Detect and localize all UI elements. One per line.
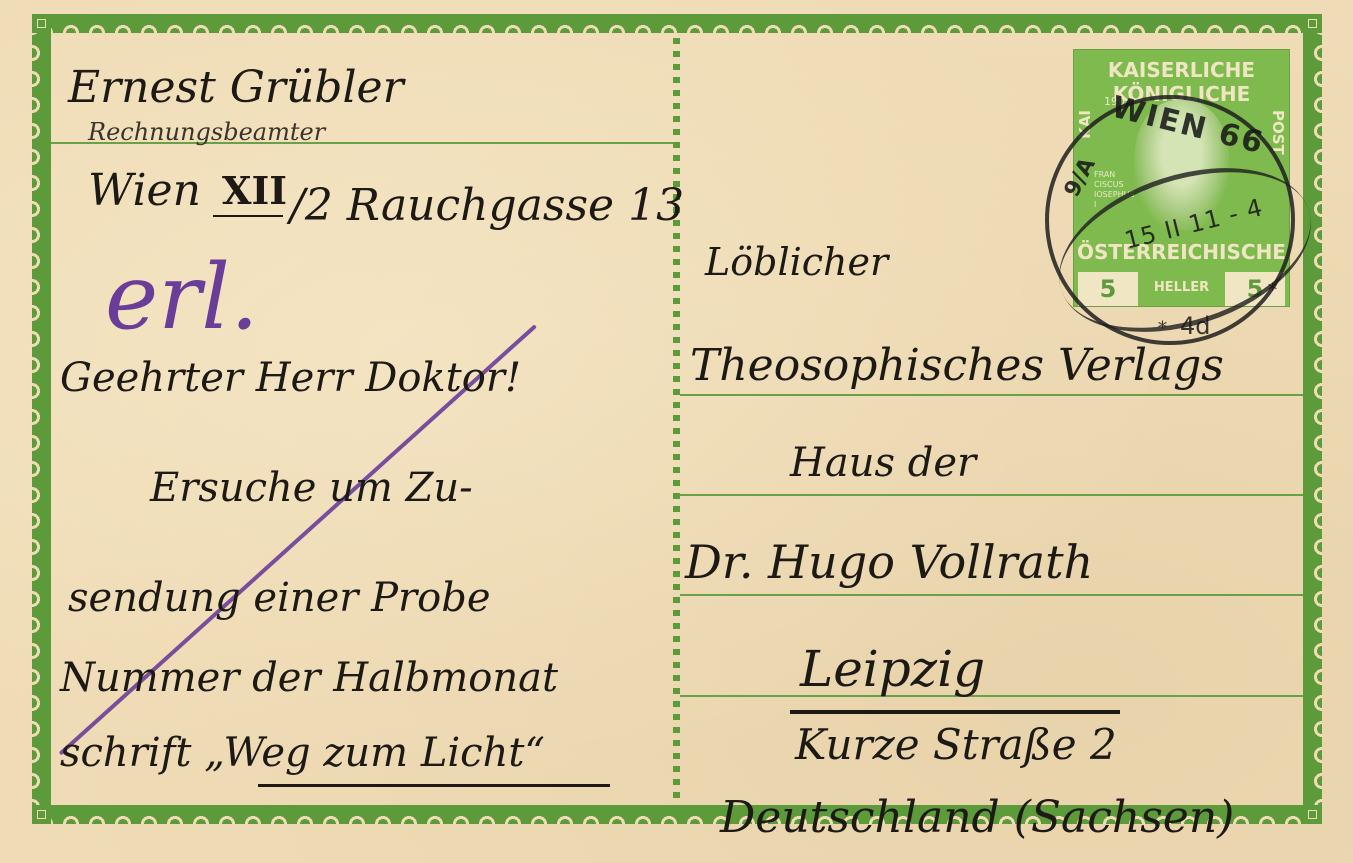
message-line: schrift „Weg zum Licht“ — [60, 730, 545, 776]
message-line: sendung einer Probe — [68, 575, 491, 621]
corner-ornament — [1303, 805, 1322, 824]
recipient-line-1: Theosophisches Verlags — [690, 340, 1224, 391]
address-rule-2 — [680, 494, 1303, 496]
corner-ornament — [1303, 14, 1322, 33]
recipient-line-2: Haus der — [790, 440, 976, 486]
recipient-country: Deutschland (Sachsen) — [720, 792, 1234, 843]
recipient-street: Kurze Straße 2 — [795, 720, 1117, 769]
address-rule-1 — [680, 394, 1303, 396]
border-left — [32, 14, 51, 824]
address-rule-4 — [680, 695, 1303, 697]
message-line: Ersuche um Zu- — [150, 465, 473, 511]
message-line: Nummer der Halbmonat — [60, 655, 558, 701]
message-line: Geehrter Herr Doktor! — [60, 355, 521, 401]
district-underline — [213, 215, 283, 217]
border-right — [1303, 14, 1322, 824]
city-underline — [790, 710, 1120, 714]
title-underline — [258, 784, 610, 787]
postmark-star-icon: * — [1158, 318, 1167, 339]
sender-occupation: Rechnungsbeamter — [88, 118, 325, 146]
postcard: KAISERLICHE KÖNIGLICHE KAI POST 190 FRAN… — [0, 0, 1353, 863]
sender-street: /2 Rauchgasse 13 — [290, 180, 684, 231]
recipient-line-3: Dr. Hugo Vollrath — [685, 535, 1093, 589]
sender-city: Wien — [88, 165, 201, 216]
corner-ornament — [32, 805, 51, 824]
border-top — [32, 14, 1322, 33]
sender-name: Ernest Grübler — [68, 62, 404, 113]
postmark-star-icon: * — [1268, 280, 1277, 301]
sender-district: XII — [222, 168, 287, 213]
center-divider — [673, 38, 680, 803]
violet-annotation: erl. — [105, 245, 259, 350]
corner-ornament — [32, 14, 51, 33]
postmark-number: 4d — [1180, 312, 1211, 340]
address-rule-3 — [680, 594, 1303, 596]
recipient-city: Leipzig — [800, 640, 985, 698]
recipient-salutation: Löblicher — [705, 240, 888, 284]
